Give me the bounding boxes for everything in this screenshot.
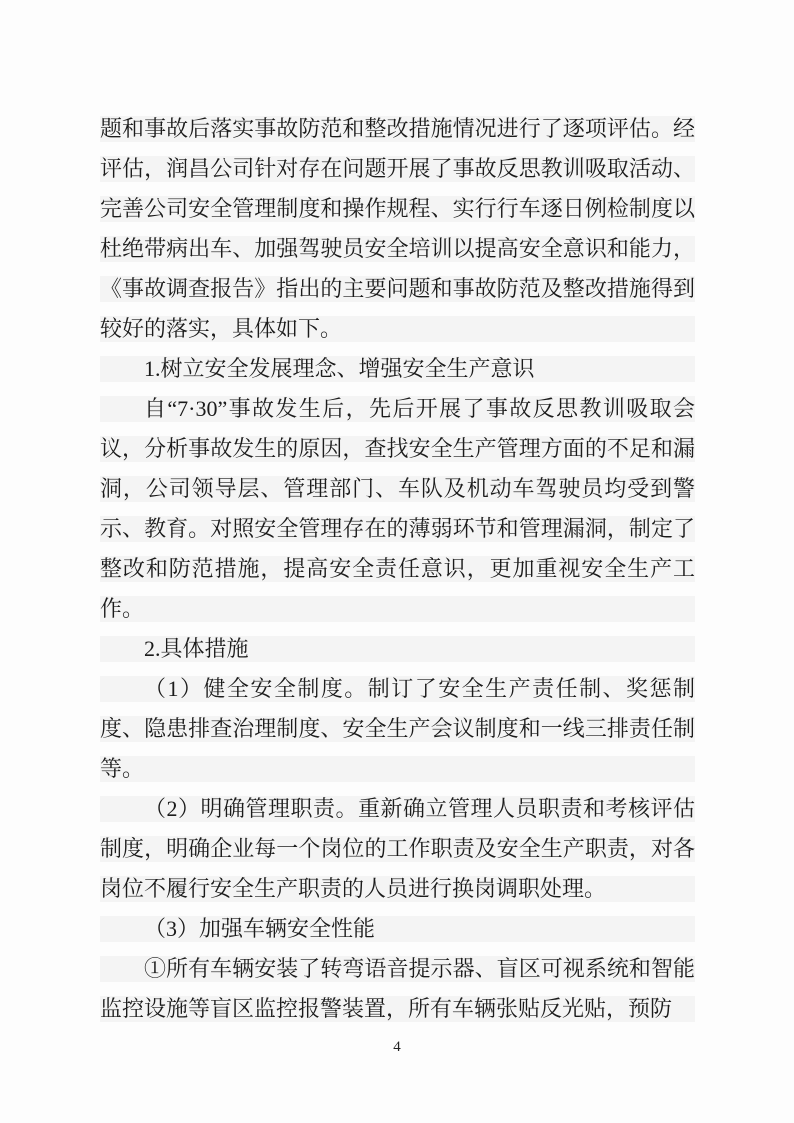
- paragraph-measure-2-responsibilities: （2）明确管理职责。重新确立管理人员职责和考核评估制度，明确企业每一个岗位的工作…: [100, 789, 695, 909]
- paragraph-item-1-vehicle-devices: ①所有车辆安装了转弯语音提示器、盲区可视系统和智能监控设施等盲区监控报警装置，所…: [100, 949, 695, 1029]
- paragraph-continuation: 题和事故后落实事故防范和整改措施情况进行了逐项评估。经评估，润昌公司针对存在问题…: [100, 109, 695, 349]
- document-body: 题和事故后落实事故防范和整改措施情况进行了逐项评估。经评估，润昌公司针对存在问题…: [100, 109, 695, 1029]
- heading-1-safety-concept: 1.树立安全发展理念、增强安全生产意识: [100, 349, 695, 389]
- paragraph-after-accident: 自“7·30”事故发生后，先后开展了事故反思教训吸取会议，分析事故发生的原因，查…: [100, 389, 695, 629]
- heading-measure-3-vehicle-safety: （3）加强车辆安全性能: [100, 909, 695, 949]
- page-number: 4: [393, 1039, 401, 1055]
- heading-2-concrete-measures: 2.具体措施: [100, 629, 695, 669]
- document-page: 题和事故后落实事故防范和整改措施情况进行了逐项评估。经评估，润昌公司针对存在问题…: [0, 0, 794, 1123]
- paragraph-measure-1-systems: （1）健全安全制度。制订了安全生产责任制、奖惩制度、隐患排查治理制度、安全生产会…: [100, 669, 695, 789]
- page-footer: 4: [0, 1036, 794, 1058]
